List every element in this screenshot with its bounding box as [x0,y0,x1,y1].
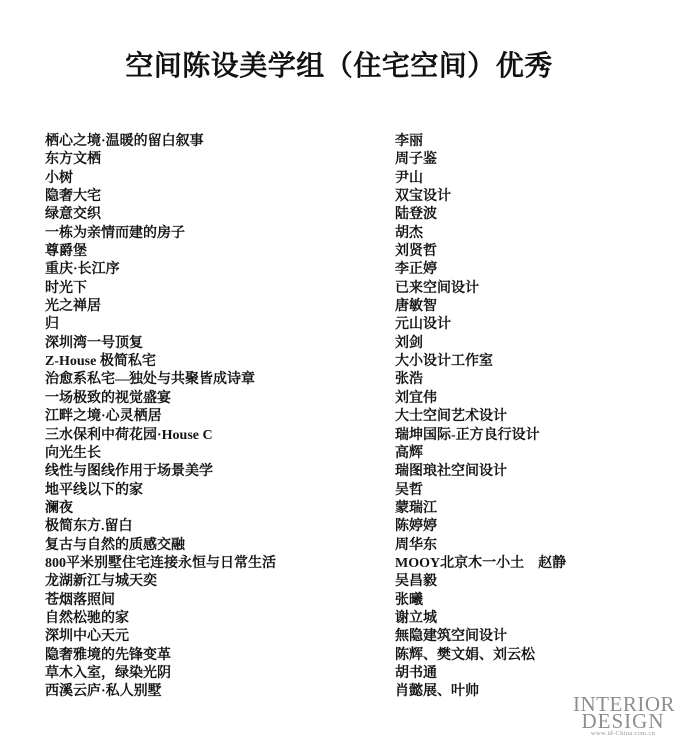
award-row: 栖心之境·温暖的留白叙事 李丽 [45,133,655,151]
award-row: 隐奢大宅 双宝设计 [45,188,655,206]
project-name: 重庆·长江序 [45,261,395,279]
designer-name: 陈辉、樊文娟、刘云松 [395,647,655,665]
project-name: 深圳湾一号顶复 [45,335,395,353]
awards-list: 栖心之境·温暖的留白叙事 李丽 东方文栖 周子鉴 小树 尹山 隐奢大宅 双宝设计… [45,133,655,702]
project-name: 绿意交织 [45,206,395,224]
designer-name: 陈婷婷 [395,518,655,536]
award-row: 极简东方.留白 陈婷婷 [45,518,655,536]
designer-name: 元山设计 [395,316,655,334]
project-name: 隐奢雅境的先锋变革 [45,647,395,665]
designer-name: 张浩 [395,371,655,389]
award-row: 草木入室，绿染光阴 胡书通 [45,665,655,683]
award-row: 归 元山设计 [45,316,655,334]
award-row: 地平线以下的家 吴哲 [45,482,655,500]
project-name: 光之禅居 [45,298,395,316]
award-row: 重庆·长江序 李正婷 [45,261,655,279]
designer-name: 谢立城 [395,610,655,628]
award-row: 治愈系私宅—独处与共聚皆成诗章 张浩 [45,371,655,389]
award-row: 深圳中心天元 無隐建筑空间设计 [45,628,655,646]
designer-name: 吴哲 [395,482,655,500]
designer-name: 周子鉴 [395,151,655,169]
designer-name: 尹山 [395,170,655,188]
project-name: 归 [45,316,395,334]
designer-name: 周华东 [395,537,655,555]
designer-name: 胡杰 [395,225,655,243]
designer-name: 刘剑 [395,335,655,353]
award-results-page: { "page": { "title": "空间陈设美学组（住宅空间）优秀" }… [0,0,678,746]
interior-design-logo: INTERIOR DESIGN www.id-China.com.cn [573,696,673,738]
project-name: 复古与自然的质感交融 [45,537,395,555]
project-name: 地平线以下的家 [45,482,395,500]
designer-name: 陆登波 [395,206,655,224]
project-name: 栖心之境·温暖的留白叙事 [45,133,395,151]
designer-name: 唐敏智 [395,298,655,316]
project-name: 小树 [45,170,395,188]
designer-name: 刘宜伟 [395,390,655,408]
designer-name: 瑞图琅社空间设计 [395,463,655,481]
project-name: 一栋为亲情而建的房子 [45,225,395,243]
award-row: 线性与图线作用于场景美学 瑞图琅社空间设计 [45,463,655,481]
designer-name: 大小设计工作室 [395,353,655,371]
designer-name: 蒙瑞江 [395,500,655,518]
designer-name: 胡书通 [395,665,655,683]
logo-word-design: DESIGN [573,713,673,730]
designer-name: MOOY北京木一小土 赵静 [395,555,655,573]
award-row: 西溪云庐·私人别墅 肖懿展、叶帅 [45,683,655,701]
award-row: 光之禅居 唐敏智 [45,298,655,316]
project-name: 尊爵堡 [45,243,395,261]
award-row: 一场极致的视觉盛宴 刘宜伟 [45,390,655,408]
designer-name: 张曦 [395,592,655,610]
project-name: 西溪云庐·私人别墅 [45,683,395,701]
award-row: 时光下 已来空间设计 [45,280,655,298]
designer-name: 無隐建筑空间设计 [395,628,655,646]
project-name: 龙湖新江与城天奕 [45,573,395,591]
project-name: 自然松驰的家 [45,610,395,628]
award-row: 苍烟落照间 张曦 [45,592,655,610]
award-row: 向光生长 高辉 [45,445,655,463]
project-name: 极简东方.留白 [45,518,395,536]
award-row: 东方文栖 周子鉴 [45,151,655,169]
award-row: 深圳湾一号顶复 刘剑 [45,335,655,353]
project-name: 800平米别墅住宅连接永恒与日常生活 [45,555,395,573]
award-row: 江畔之境·心灵栖居 大士空间艺术设计 [45,408,655,426]
award-row: 一栋为亲情而建的房子 胡杰 [45,225,655,243]
project-name: 一场极致的视觉盛宴 [45,390,395,408]
award-row: 龙湖新江与城天奕 吴昌毅 [45,573,655,591]
project-name: 江畔之境·心灵栖居 [45,408,395,426]
project-name: 线性与图线作用于场景美学 [45,463,395,481]
award-row: 尊爵堡 刘贤哲 [45,243,655,261]
award-row: 800平米别墅住宅连接永恒与日常生活 MOOY北京木一小土 赵静 [45,555,655,573]
project-name: 向光生长 [45,445,395,463]
award-row: 复古与自然的质感交融 周华东 [45,537,655,555]
award-row: 自然松驰的家 谢立城 [45,610,655,628]
designer-name: 吴昌毅 [395,573,655,591]
award-row: 澜夜 蒙瑞江 [45,500,655,518]
project-name: 治愈系私宅—独处与共聚皆成诗章 [45,371,395,389]
award-row: Z-House 极简私宅 大小设计工作室 [45,353,655,371]
project-name: 三水保利中荷花园·House C [45,427,395,445]
project-name: 草木入室，绿染光阴 [45,665,395,683]
project-name: 澜夜 [45,500,395,518]
project-name: 东方文栖 [45,151,395,169]
project-name: 隐奢大宅 [45,188,395,206]
project-name: Z-House 极简私宅 [45,353,395,371]
project-name: 时光下 [45,280,395,298]
designer-name: 刘贤哲 [395,243,655,261]
designer-name: 大士空间艺术设计 [395,408,655,426]
award-row: 绿意交织 陆登波 [45,206,655,224]
award-row: 小树 尹山 [45,170,655,188]
award-row: 三水保利中荷花园·House C 瑞坤国际-正方良行设计 [45,427,655,445]
project-name: 苍烟落照间 [45,592,395,610]
project-name: 深圳中心天元 [45,628,395,646]
designer-name: 高辉 [395,445,655,463]
designer-name: 已来空间设计 [395,280,655,298]
designer-name: 李丽 [395,133,655,151]
designer-name: 瑞坤国际-正方良行设计 [395,427,655,445]
award-row: 隐奢雅境的先锋变革 陈辉、樊文娟、刘云松 [45,647,655,665]
designer-name: 李正婷 [395,261,655,279]
page-title: 空间陈设美学组（住宅空间）优秀 [0,44,678,84]
designer-name: 双宝设计 [395,188,655,206]
